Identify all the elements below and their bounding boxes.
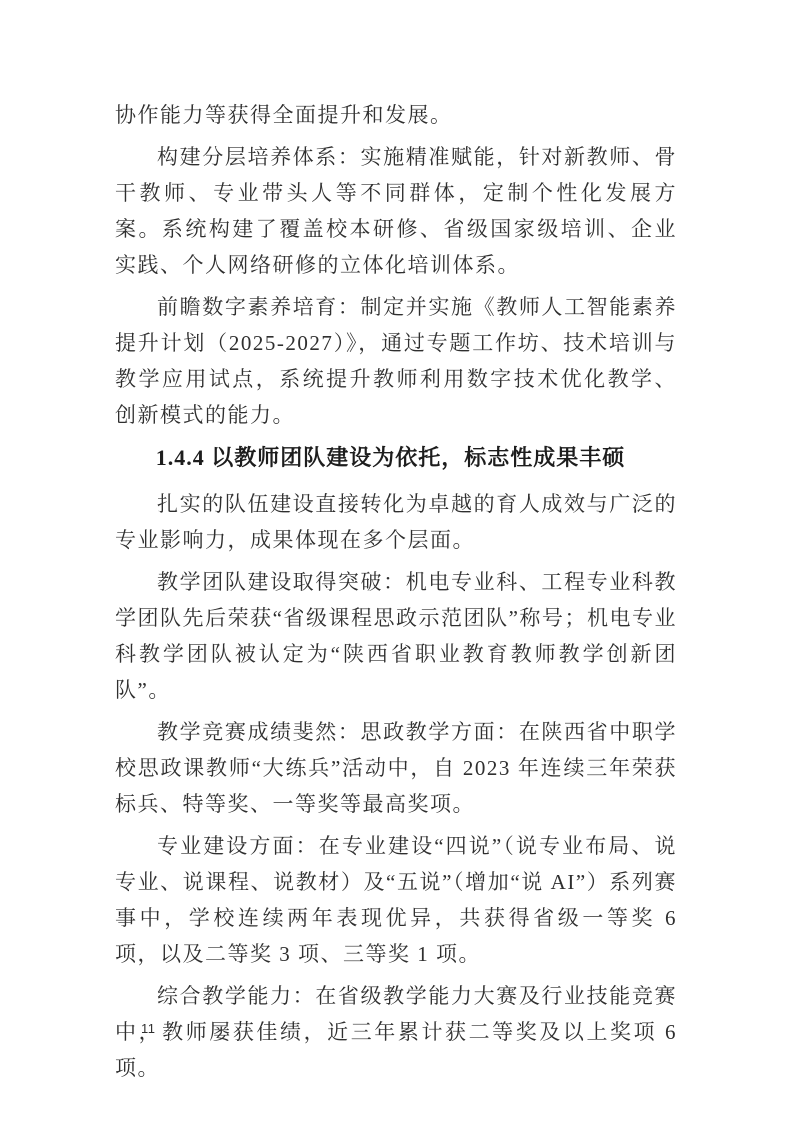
document-page: 协作能力等获得全面提升和发展。 构建分层培养体系：实施精准赋能，针对新教师、骨干… bbox=[0, 0, 794, 1123]
paragraph-continuation: 协作能力等获得全面提升和发展。 bbox=[115, 97, 677, 133]
paragraph-major-construction: 专业建设方面：在专业建设“四说”（说专业布局、说专业、说课程、说教材）及“五说”… bbox=[115, 828, 677, 972]
section-heading-1-4-4: 1.4.4 以教师团队建设为依托，标志性成果丰硕 bbox=[115, 439, 677, 476]
page-number: 11 bbox=[141, 1021, 156, 1036]
paragraph-digital-literacy: 前瞻数字素养培育：制定并实施《教师人工智能素养提升计划（2025-2027）》，… bbox=[115, 289, 677, 433]
page-content: 协作能力等获得全面提升和发展。 构建分层培养体系：实施精准赋能，针对新教师、骨干… bbox=[115, 97, 677, 1092]
paragraph-tiered-training-system: 构建分层培养体系：实施精准赋能，针对新教师、骨干教师、专业带头人等不同群体，定制… bbox=[115, 139, 677, 283]
paragraph-team-building-intro: 扎实的队伍建设直接转化为卓越的育人成效与广泛的专业影响力，成果体现在多个层面。 bbox=[115, 486, 677, 558]
paragraph-teaching-team-breakthrough: 教学团队建设取得突破：机电专业科、工程专业科教学团队先后荣获“省级课程思政示范团… bbox=[115, 564, 677, 708]
paragraph-comprehensive-teaching-ability: 综合教学能力：在省级教学能力大赛及行业技能竞赛中，教师屡获佳绩，近三年累计获二等… bbox=[115, 978, 677, 1086]
paragraph-competition-achievements: 教学竞赛成绩斐然：思政教学方面：在陕西省中职学校思政课教师“大练兵”活动中，自 … bbox=[115, 714, 677, 822]
